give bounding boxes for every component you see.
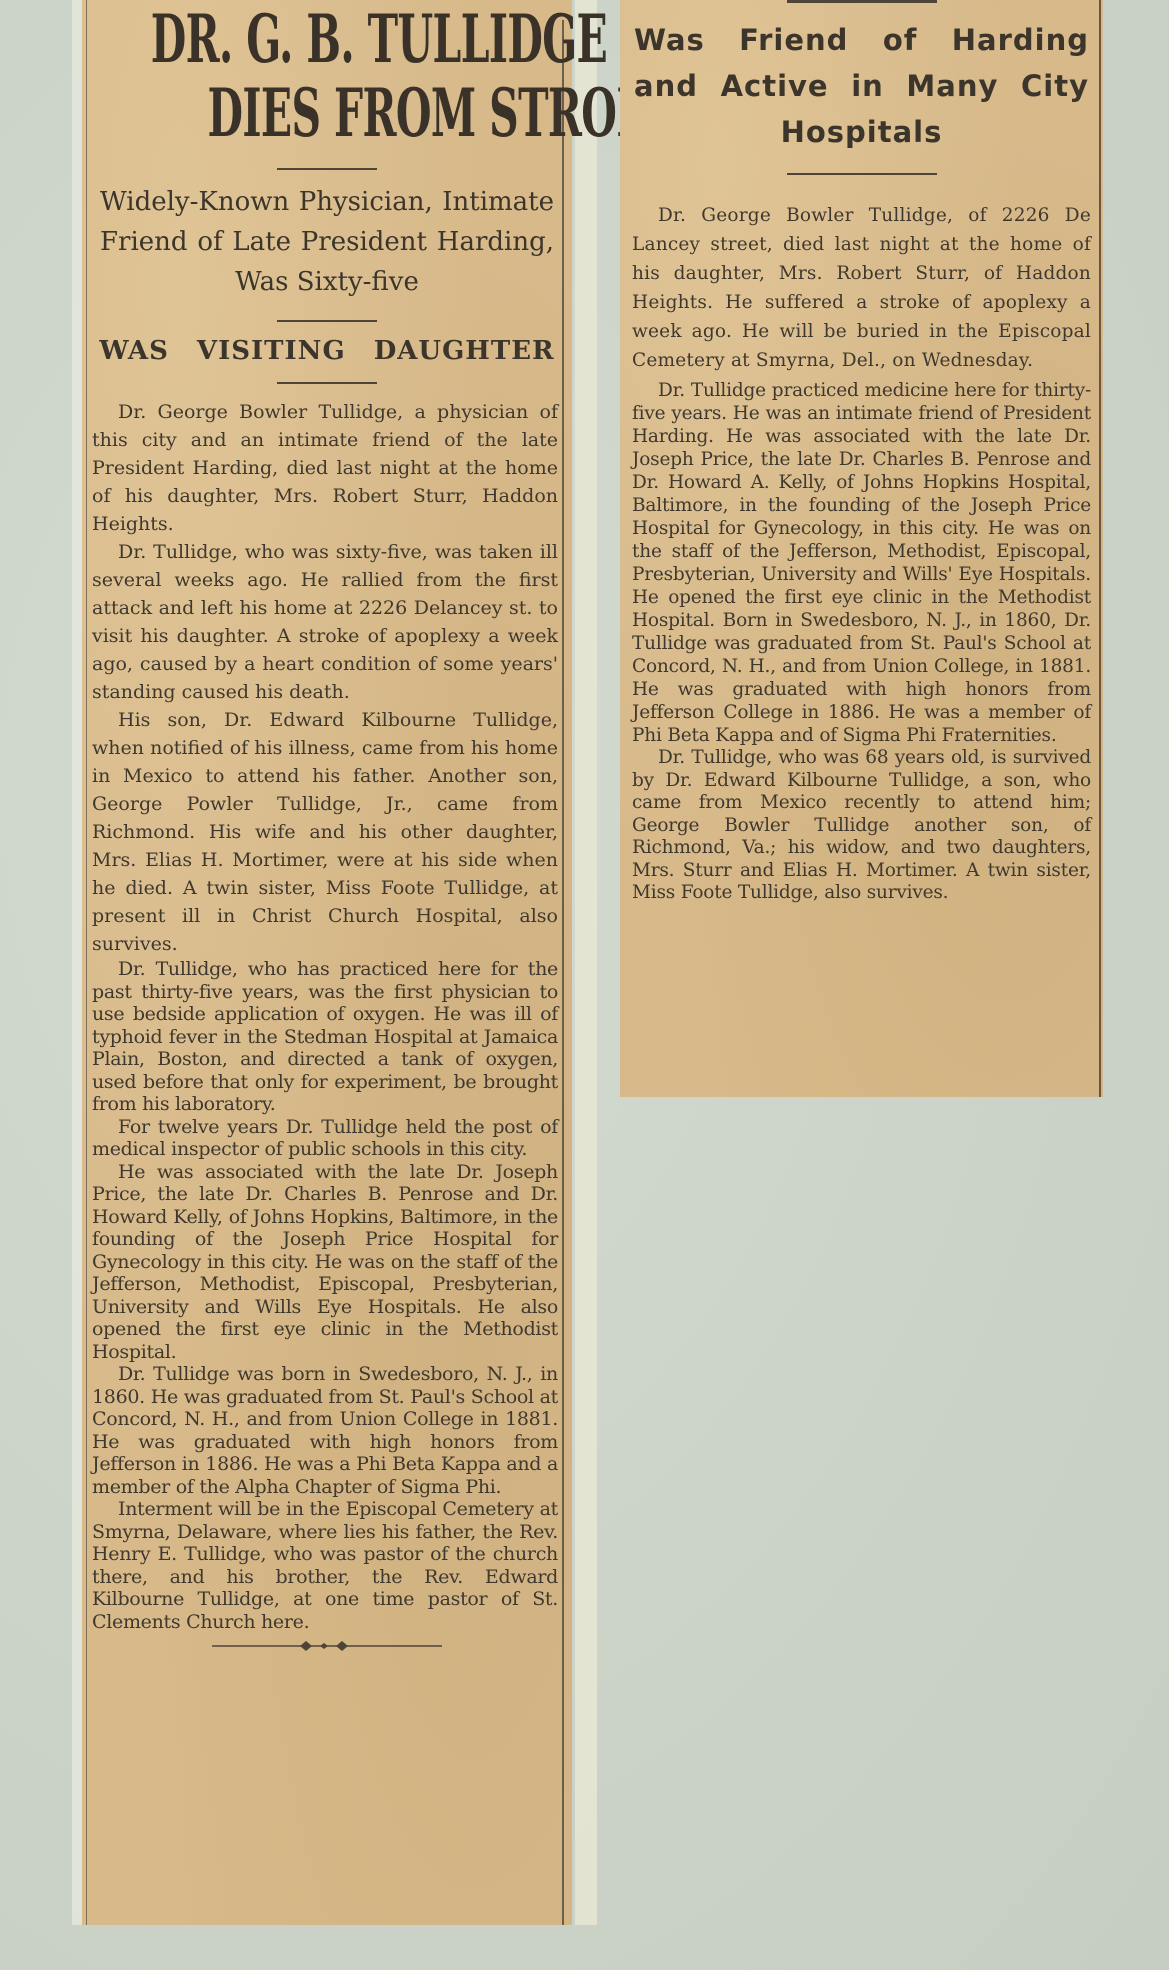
- paragraph: Dr. Tullidge, who was sixty-five, was ta…: [92, 538, 558, 706]
- paragraph: Dr. Tullidge, who was 68 years old, is s…: [632, 747, 1091, 905]
- paragraph: Dr. Tullidge was born in Swedesboro, N. …: [92, 1363, 558, 1498]
- column-rule-right: [1099, 0, 1101, 1097]
- end-ornament-icon: [212, 1639, 442, 1653]
- divider: [277, 382, 377, 384]
- headline-line-2: DIES FROM STROKE: [208, 76, 487, 150]
- paragraph: Dr. George Bowler Tullidge, a physician …: [92, 398, 558, 538]
- paragraph: His son, Dr. Edward Kilbourne Tullidge, …: [92, 706, 558, 958]
- divider: [277, 320, 377, 322]
- column-rule-right: [562, 20, 564, 1925]
- right-newspaper-clipping: Was Friend of Harding and Active in Many…: [620, 0, 1103, 1097]
- top-divider: [787, 0, 937, 3]
- headline-line-1: DR. G. B. TULLIDGE: [151, 2, 473, 76]
- divider: [277, 168, 377, 170]
- article-body: Dr. George Bowler Tullidge, of 2226 De L…: [620, 201, 1103, 905]
- headline: Was Friend of Harding and Active in Many…: [620, 17, 1103, 155]
- column-rule-left: [86, 0, 87, 1925]
- paragraph: For twelve years Dr. Tullidge held the p…: [92, 1116, 558, 1161]
- left-newspaper-clipping: DR. G. B. TULLIDGE DIES FROM STROKE Wide…: [82, 0, 572, 1925]
- paragraph: Dr. Tullidge practiced medicine here for…: [632, 379, 1091, 747]
- paragraph: He was associated with the late Dr. Jose…: [92, 1161, 558, 1364]
- paragraph: Dr. Tullidge, who has practiced here for…: [92, 958, 558, 1116]
- backing-paper-strip: [575, 0, 597, 1925]
- paragraph: Dr. George Bowler Tullidge, of 2226 De L…: [632, 201, 1091, 375]
- article-body: Dr. George Bowler Tullidge, a physician …: [82, 398, 572, 1633]
- subhead: WAS VISITING DAUGHTER: [82, 334, 572, 368]
- deck-headline: Widely-Known Physician, Intimate Friend …: [82, 182, 572, 302]
- divider: [787, 173, 937, 175]
- paragraph: Interment will be in the Episcopal Cemet…: [92, 1498, 558, 1633]
